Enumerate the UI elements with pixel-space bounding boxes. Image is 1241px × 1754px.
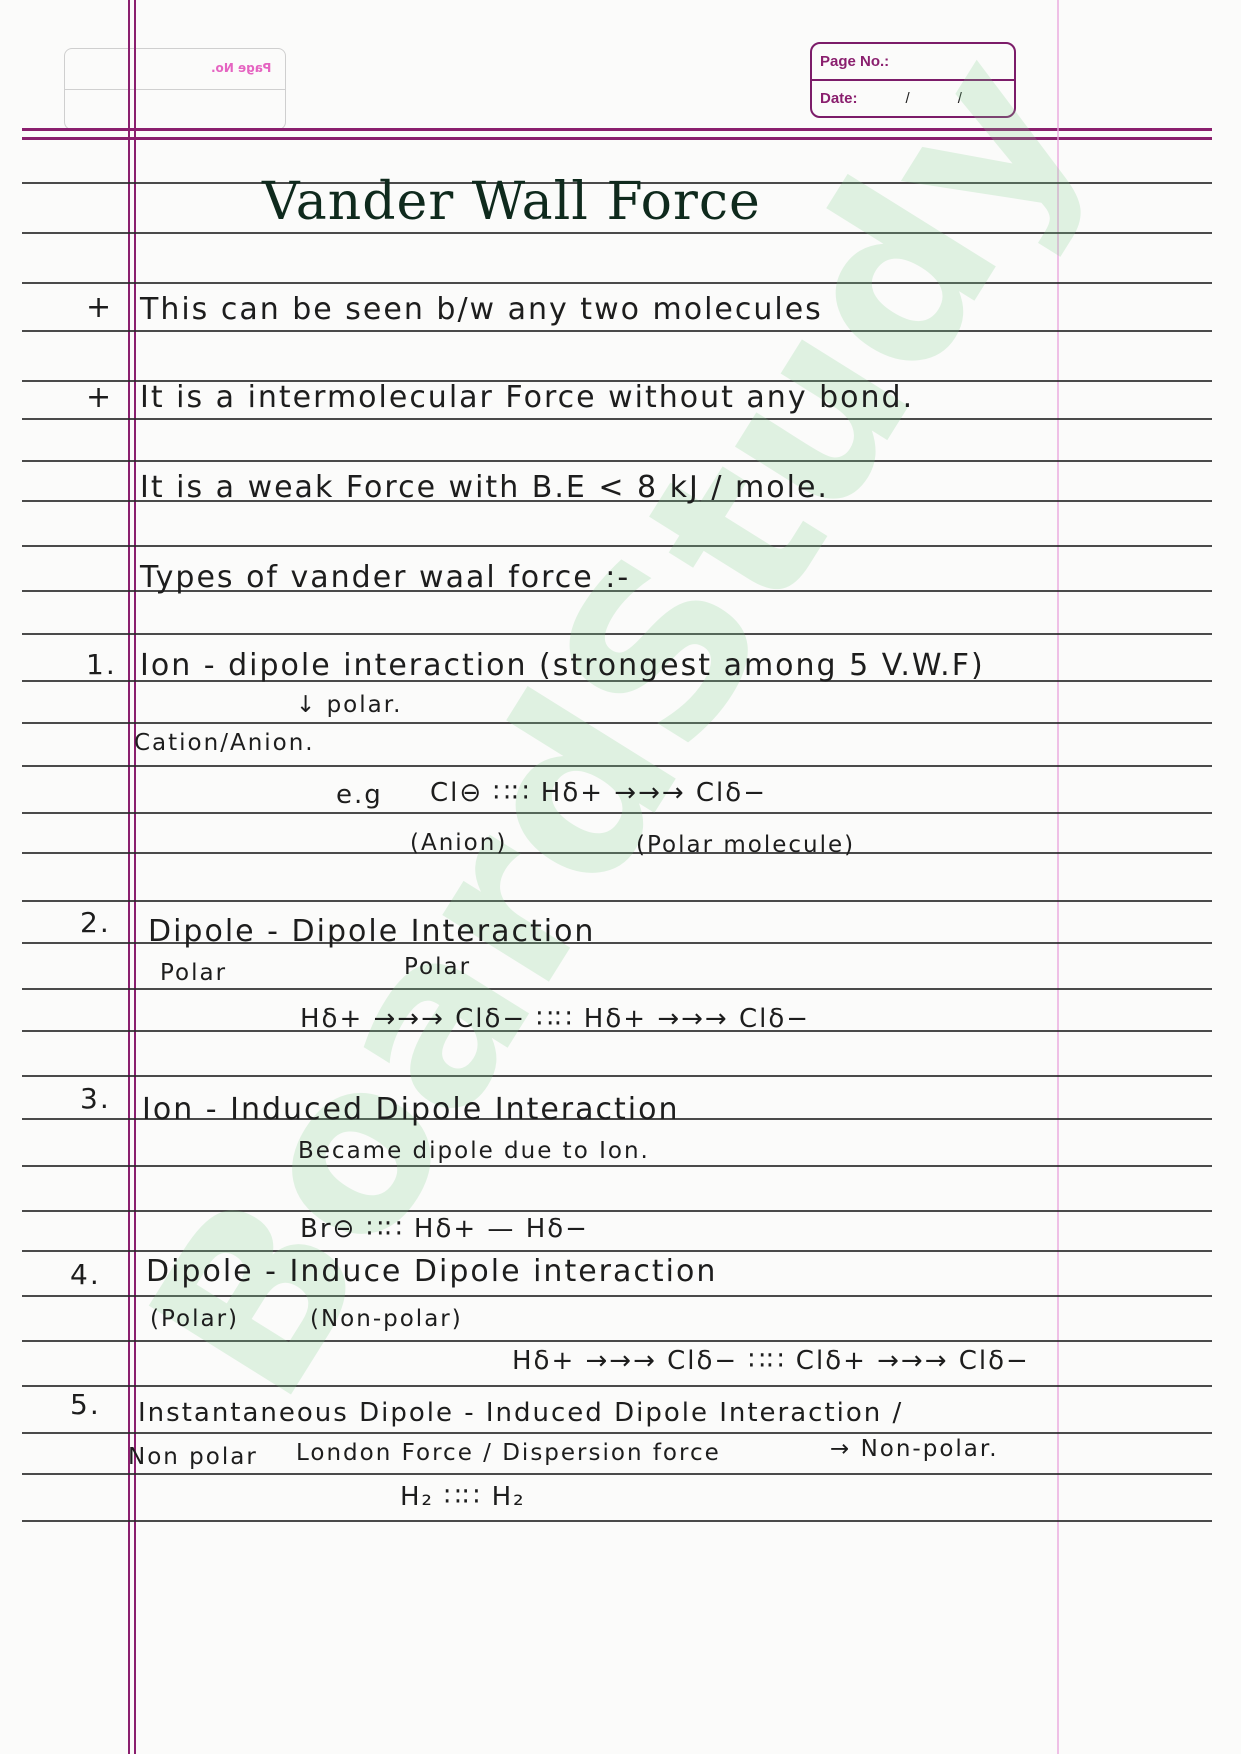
example-equation: Hδ+ →→→ Clδ− ∷∷ Hδ+ →→→ Clδ− [300, 1004, 810, 1034]
ruled-line [22, 1075, 1212, 1077]
ghost-stamp-text: Page No. [211, 61, 271, 75]
example-equation: Hδ+ →→→ Clδ− ∷∷ Clδ+ →→→ Clδ− [512, 1346, 1030, 1376]
ruled-line [22, 418, 1212, 420]
ruled-line [22, 460, 1212, 462]
type-note: → Non-polar. [830, 1436, 999, 1462]
type-note: Became dipole due to Ion. [298, 1138, 650, 1164]
type-heading: Instantaneous Dipole - Induced Dipole In… [138, 1398, 903, 1428]
section-heading: Types of vander waal force :- [140, 560, 630, 595]
ghost-stamp-divider [65, 89, 285, 90]
margin-line-left [128, 0, 130, 1754]
type-number: 2. [80, 906, 111, 939]
type-number: 5. [70, 1388, 101, 1421]
example-equation: Cl⊖ ∷∷ Hδ+ →→→ Clδ− [430, 778, 767, 808]
type-note: Polar [160, 960, 227, 986]
bullet-marker: + [86, 290, 113, 325]
type-note: ↓ polar. [296, 692, 402, 718]
bullet-text: This can be seen b/w any two molecules [140, 292, 823, 327]
bullet-text: It is a weak Force with B.E < 8 kJ / mol… [140, 470, 829, 505]
ghost-header-stamp: Page No. [64, 48, 286, 130]
type-heading: Ion - Induced Dipole Interaction [142, 1092, 679, 1127]
type-note: Non polar [128, 1444, 258, 1470]
example-caption: (Polar molecule) [636, 832, 855, 858]
type-heading: Dipole - Induce Dipole interaction [146, 1254, 717, 1289]
example-equation: H₂ ∷∷ H₂ [400, 1482, 526, 1512]
type-heading: Dipole - Dipole Interaction [148, 914, 595, 949]
type-number: 3. [80, 1082, 111, 1115]
notebook-page: Page No. Page No.: Date: / / BoardStudy … [0, 0, 1241, 1754]
type-heading: Ion - dipole interaction (strongest amon… [140, 648, 985, 683]
ruled-line [22, 1473, 1212, 1475]
page-title: Vander Wall Force [262, 172, 761, 232]
type-note: London Force / Dispersion force [296, 1440, 721, 1466]
bullet-text: It is a intermolecular Force without any… [140, 380, 914, 415]
ruled-line [22, 1520, 1212, 1522]
ruled-line [22, 988, 1212, 990]
example-equation: Br⊖ ∷∷ Hδ+ — Hδ− [300, 1214, 589, 1244]
example-prefix: e.g [336, 780, 383, 810]
example-caption: (Anion) [410, 830, 507, 856]
type-note: (Polar) [150, 1306, 239, 1332]
margin-line-right [134, 0, 136, 1754]
bullet-marker: + [86, 380, 113, 415]
ruled-line [22, 1385, 1212, 1387]
type-note: Polar [404, 954, 471, 980]
type-note: (Non-polar) [310, 1306, 463, 1332]
type-number: 4. [70, 1258, 101, 1291]
type-note: Cation/Anion. [134, 730, 315, 756]
ruled-line [22, 1432, 1212, 1434]
ruled-line [22, 330, 1212, 332]
type-number: 1. [86, 648, 117, 681]
